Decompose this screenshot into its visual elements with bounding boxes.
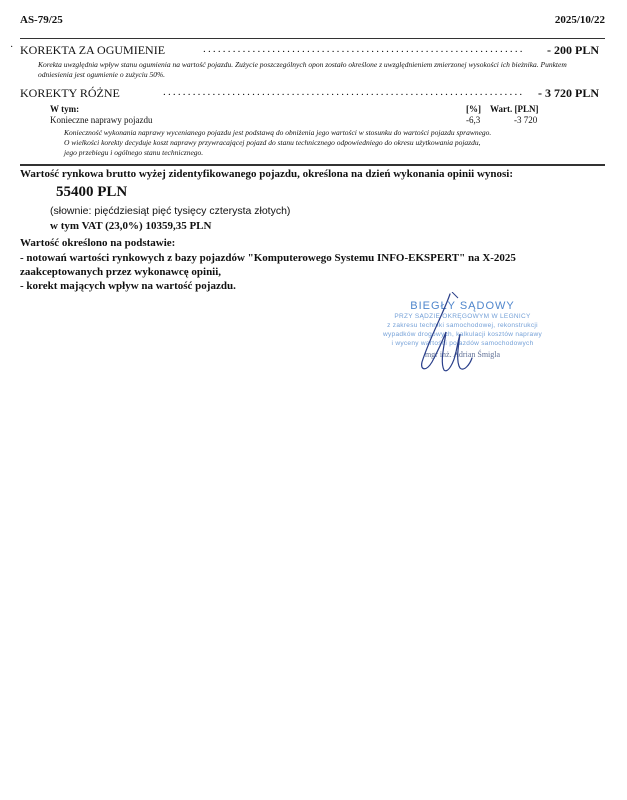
valuation-amount: 55400 PLN	[56, 184, 127, 201]
basis-line-3: - korekt mających wpływ na wartość pojaz…	[20, 280, 236, 292]
tire-correction-amount: - 200 PLN	[547, 43, 599, 58]
valuation-statement: Wartość rynkowa brutto wyżej zidentyfiko…	[20, 168, 513, 180]
tire-correction-note: Korekta uwzględnia wpływ stanu ogumienia…	[38, 60, 598, 80]
correction-row-label: Konieczne naprawy pojazdu	[50, 115, 152, 125]
section-divider	[20, 164, 605, 166]
column-header-value: Wart. [PLN]	[490, 104, 539, 114]
leader-dots: ........................................…	[163, 86, 523, 98]
vat-amount: w tym VAT (23,0%) 10359,35 PLN	[50, 220, 211, 232]
column-header-percent: [%]	[466, 104, 481, 114]
document-date: 2025/10/22	[555, 14, 605, 26]
section-title-other-corrections: KOREKTY RÓŻNE	[20, 86, 120, 101]
other-corrections-amount: - 3 720 PLN	[538, 86, 599, 101]
basis-line-2: zaakceptowanych przez wykonawcę opinii,	[20, 266, 221, 278]
section-title-tire-correction: KOREKTA ZA OGUMIENIE	[20, 43, 165, 58]
correction-row-percent: -6,3	[466, 115, 480, 125]
signature-icon	[400, 292, 520, 382]
leader-dots: ........................................…	[203, 43, 523, 55]
valuation-in-words: (słownie: pięćdziesiąt pięć tysięcy czte…	[50, 205, 290, 217]
repair-correction-note: Konieczność wykonania naprawy wycenianeg…	[64, 128, 494, 158]
subheader-label: W tym:	[50, 104, 79, 114]
document-number: AS-79/25	[20, 14, 63, 26]
basis-line-1: - notowań wartości rynkowych z bazy poja…	[20, 252, 516, 264]
correction-row-value: -3 720	[514, 115, 537, 125]
basis-heading: Wartość określono na podstawie:	[20, 237, 175, 249]
margin-mark: ·	[10, 42, 13, 53]
header-divider	[20, 38, 605, 39]
